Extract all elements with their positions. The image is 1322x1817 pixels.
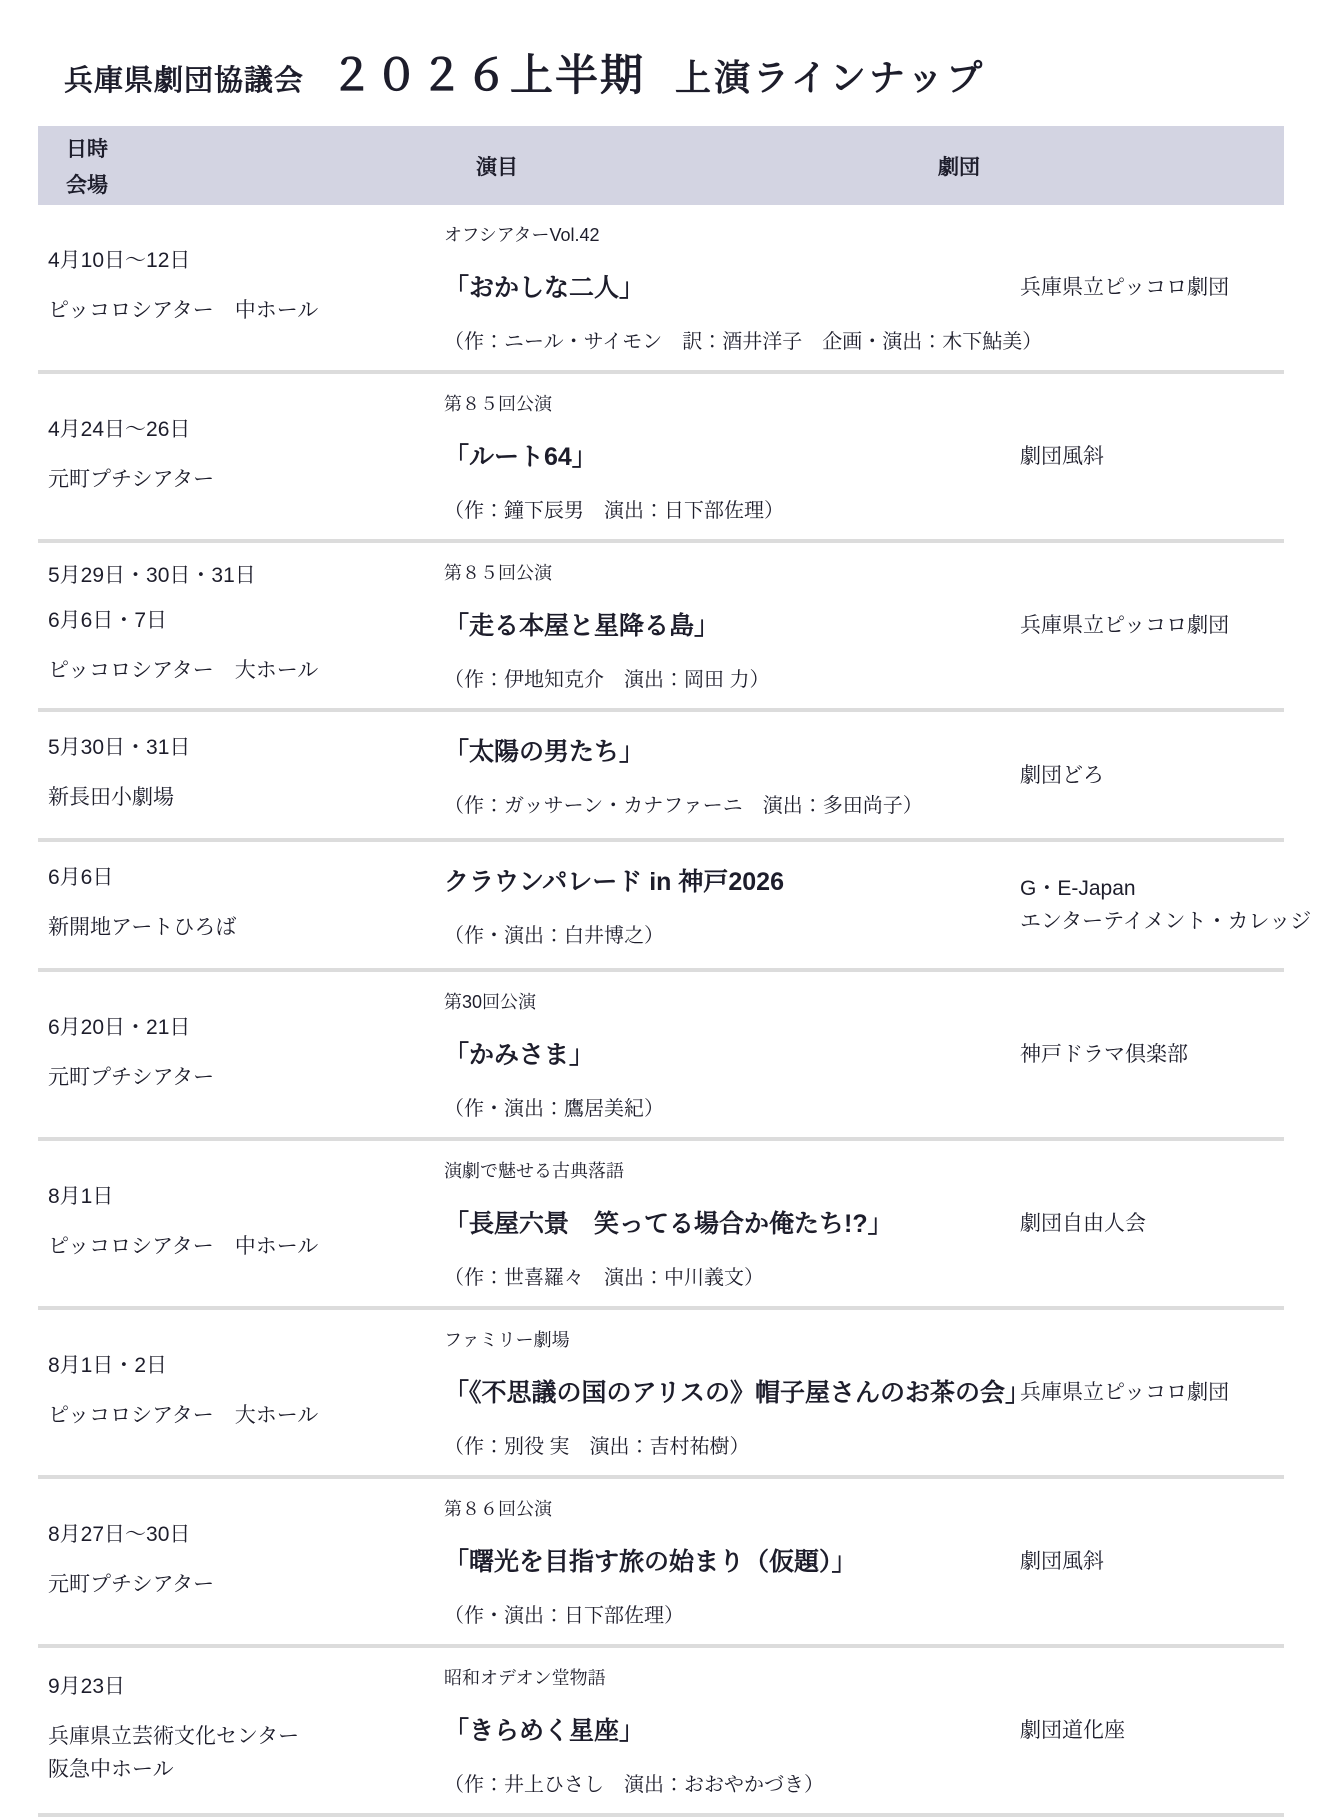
program-cell: オフシアターVol.42 「おかしな二人」 （作：ニール・サイモン 訳：酒井洋子… bbox=[444, 205, 1020, 370]
program-cell: 第８５回公演 「ルート64」 （作：鐘下辰男 演出：日下部佐理） bbox=[444, 374, 1020, 539]
troupe-cell: 劇団自由人会 bbox=[1020, 1207, 1284, 1240]
performance-date: 9月23日 bbox=[48, 1675, 444, 1699]
organization-name: 兵庫県劇団協議会 bbox=[64, 58, 304, 99]
table-row: 8月27日～30日元町プチシアター 第８６回公演 「曙光を目指す旅の始まり（仮題… bbox=[38, 1479, 1284, 1644]
date-venue-cell: 6月6日新開地アートひろば bbox=[38, 866, 444, 944]
program-title: 「太陽の男たち」 bbox=[444, 732, 1020, 768]
program-title: 「おかしな二人」 bbox=[444, 268, 1020, 304]
program-title: 「《不思議の国のアリスの》帽子屋さんのお茶の会」 bbox=[444, 1373, 1020, 1409]
program-title: 「走る本屋と星降る島」 bbox=[444, 606, 1020, 642]
program-title: 「長屋六景 笑ってる場合か俺たち!?」 bbox=[444, 1204, 1020, 1240]
program-title: 「曙光を目指す旅の始まり（仮題）」 bbox=[444, 1542, 1020, 1578]
troupe-name: エンターテイメント・カレッジ bbox=[1020, 905, 1311, 938]
schedule-page: 兵庫県劇団協議会 ２０２６上半期 上演ラインナップ 日時 会場 演目 劇団 4月… bbox=[0, 0, 1322, 1817]
row-divider bbox=[38, 1813, 1284, 1817]
program-title: 「かみさま」 bbox=[444, 1035, 1020, 1071]
troupe-cell: 兵庫県立ピッコロ劇団 bbox=[1020, 609, 1284, 642]
table-header-row: 日時 会場 演目 劇団 bbox=[38, 126, 1284, 205]
program-cell: 第８５回公演 「走る本屋と星降る島」 （作：伊地知克介 演出：岡田 力） bbox=[444, 543, 1020, 708]
performance-date: 8月1日 bbox=[48, 1185, 444, 1209]
performance-venue: ピッコロシアター 中ホール bbox=[48, 1230, 444, 1263]
performance-date: 8月27日～30日 bbox=[48, 1523, 444, 1547]
page-title: 兵庫県劇団協議会 ２０２６上半期 上演ラインナップ bbox=[64, 42, 1322, 103]
date-venue-cell: 5月29日・30日・31日6月6日・7日ピッコロシアター 大ホール bbox=[38, 564, 444, 687]
table-row: 4月24日～26日元町プチシアター 第８５回公演 「ルート64」 （作：鐘下辰男… bbox=[38, 374, 1284, 539]
troupe-cell: 神戸ドラマ倶楽部 bbox=[1020, 1038, 1284, 1071]
program-subtitle: ファミリー劇場 bbox=[444, 1326, 1020, 1352]
venue-line: 阪急中ホール bbox=[48, 1753, 444, 1786]
troupe-name: 劇団どろ bbox=[1020, 759, 1284, 792]
program-credits: （作：伊地知克介 演出：岡田 力） bbox=[444, 663, 1020, 692]
program-credits: （作・演出：鷹居美紀） bbox=[444, 1092, 1020, 1121]
program-credits: （作：鐘下辰男 演出：日下部佐理） bbox=[444, 494, 1020, 523]
performance-venue: ピッコロシアター 大ホール bbox=[48, 1399, 444, 1432]
troupe-name: 劇団風斜 bbox=[1020, 1545, 1284, 1578]
program-subtitle: 第８６回公演 bbox=[444, 1495, 1020, 1521]
performance-venue: 新開地アートひろば bbox=[48, 911, 444, 944]
performance-date: 5月29日・30日・31日 bbox=[48, 564, 444, 588]
table-row: 5月29日・30日・31日6月6日・7日ピッコロシアター 大ホール 第８５回公演… bbox=[38, 543, 1284, 708]
performance-date: 4月10日～12日 bbox=[48, 249, 444, 273]
venue-line: ピッコロシアター 大ホール bbox=[48, 654, 444, 687]
troupe-name: 神戸ドラマ倶楽部 bbox=[1020, 1038, 1284, 1071]
program-cell: ファミリー劇場 「《不思議の国のアリスの》帽子屋さんのお茶の会」 （作：別役 実… bbox=[444, 1310, 1020, 1475]
troupe-name: 兵庫県立ピッコロ劇団 bbox=[1020, 609, 1284, 642]
troupe-name: 劇団風斜 bbox=[1020, 440, 1284, 473]
performance-venue: 元町プチシアター bbox=[48, 1061, 444, 1094]
program-title: 「きらめく星座」 bbox=[444, 1711, 1020, 1747]
table-row: 6月6日新開地アートひろば クラウンパレード in 神戸2026 （作・演出：白… bbox=[38, 842, 1284, 968]
table-row: 8月1日ピッコロシアター 中ホール 演劇で魅せる古典落語 「長屋六景 笑ってる場… bbox=[38, 1141, 1284, 1306]
date-venue-cell: 8月27日～30日元町プチシアター bbox=[38, 1523, 444, 1601]
program-credits: （作：世喜羅々 演出：中川義文） bbox=[444, 1261, 1020, 1290]
program-cell: 第８６回公演 「曙光を目指す旅の始まり（仮題）」 （作・演出：日下部佐理） bbox=[444, 1479, 1020, 1644]
venue-line: ピッコロシアター 中ホール bbox=[48, 1230, 444, 1263]
venue-line: 新開地アートひろば bbox=[48, 911, 444, 944]
venue-line: 元町プチシアター bbox=[48, 1568, 444, 1601]
troupe-name: G・E-Japan bbox=[1020, 872, 1311, 905]
troupe-cell: 劇団どろ bbox=[1020, 759, 1284, 792]
performance-venue: 元町プチシアター bbox=[48, 463, 444, 496]
date-venue-cell: 8月1日ピッコロシアター 中ホール bbox=[38, 1185, 444, 1263]
column-header-date-venue: 日時 会場 bbox=[66, 132, 108, 204]
troupe-cell: 兵庫県立ピッコロ劇団 bbox=[1020, 271, 1284, 304]
performance-venue: 元町プチシアター bbox=[48, 1568, 444, 1601]
date-venue-cell: 6月20日・21日元町プチシアター bbox=[38, 1016, 444, 1094]
program-cell: 第30回公演 「かみさま」 （作・演出：鷹居美紀） bbox=[444, 972, 1020, 1137]
program-credits: （作：井上ひさし 演出：おおやかづき） bbox=[444, 1768, 1020, 1797]
program-subtitle: 昭和オデオン堂物語 bbox=[444, 1664, 1020, 1690]
performance-date: 6月6日 bbox=[48, 866, 444, 890]
performance-venue: 兵庫県立芸術文化センター阪急中ホール bbox=[48, 1720, 444, 1786]
troupe-name: 兵庫県立ピッコロ劇団 bbox=[1020, 1376, 1284, 1409]
program-title: 「ルート64」 bbox=[444, 437, 1020, 473]
troupe-name: 劇団道化座 bbox=[1020, 1714, 1284, 1747]
troupe-name: 兵庫県立ピッコロ劇団 bbox=[1020, 271, 1284, 304]
program-credits: （作・演出：日下部佐理） bbox=[444, 1599, 1020, 1628]
table-body: 4月10日～12日ピッコロシアター 中ホール オフシアターVol.42 「おかし… bbox=[0, 205, 1322, 1817]
date-venue-cell: 9月23日兵庫県立芸術文化センター阪急中ホール bbox=[38, 1675, 444, 1786]
table-row: 4月10日～12日ピッコロシアター 中ホール オフシアターVol.42 「おかし… bbox=[38, 205, 1284, 370]
performance-venue: 新長田小劇場 bbox=[48, 781, 444, 814]
program-cell: 「太陽の男たち」 （作：ガッサーン・カナファーニ 演出：多田尚子） bbox=[444, 716, 1020, 834]
date-venue-cell: 4月10日～12日ピッコロシアター 中ホール bbox=[38, 249, 444, 327]
program-credits: （作：別役 実 演出：吉村祐樹） bbox=[444, 1430, 1020, 1459]
troupe-name: 劇団自由人会 bbox=[1020, 1207, 1284, 1240]
table-row: 6月20日・21日元町プチシアター 第30回公演 「かみさま」 （作・演出：鷹居… bbox=[38, 972, 1284, 1137]
troupe-cell: 劇団風斜 bbox=[1020, 440, 1284, 473]
column-header-venue: 会場 bbox=[66, 168, 108, 204]
column-header-program: 演目 bbox=[476, 151, 518, 181]
performance-date: 4月24日～26日 bbox=[48, 418, 444, 442]
table-row: 9月23日兵庫県立芸術文化センター阪急中ホール 昭和オデオン堂物語 「きらめく星… bbox=[38, 1648, 1284, 1813]
table-row: 5月30日・31日新長田小劇場 「太陽の男たち」 （作：ガッサーン・カナファーニ… bbox=[38, 712, 1284, 838]
title-text: 上演ラインナップ bbox=[675, 50, 985, 101]
performance-date: 6月20日・21日 bbox=[48, 1016, 444, 1040]
performance-date: 6月6日・7日 bbox=[48, 609, 444, 633]
venue-line: ピッコロシアター 中ホール bbox=[48, 294, 444, 327]
program-subtitle: 演劇で魅せる古典落語 bbox=[444, 1157, 1020, 1183]
venue-line: 元町プチシアター bbox=[48, 463, 444, 496]
performance-date: 8月1日・2日 bbox=[48, 1354, 444, 1378]
table-row: 8月1日・2日ピッコロシアター 大ホール ファミリー劇場 「《不思議の国のアリス… bbox=[38, 1310, 1284, 1475]
program-subtitle: 第30回公演 bbox=[444, 988, 1020, 1014]
troupe-cell: 劇団風斜 bbox=[1020, 1545, 1284, 1578]
venue-line: 新長田小劇場 bbox=[48, 781, 444, 814]
performance-date: 5月30日・31日 bbox=[48, 736, 444, 760]
date-venue-cell: 5月30日・31日新長田小劇場 bbox=[38, 736, 444, 814]
date-venue-cell: 4月24日～26日元町プチシアター bbox=[38, 418, 444, 496]
venue-line: ピッコロシアター 大ホール bbox=[48, 1399, 444, 1432]
schedule-table: 日時 会場 演目 劇団 4月10日～12日ピッコロシアター 中ホール オフシアタ… bbox=[0, 126, 1322, 1817]
program-subtitle: 第８５回公演 bbox=[444, 559, 1020, 585]
program-cell: 昭和オデオン堂物語 「きらめく星座」 （作：井上ひさし 演出：おおやかづき） bbox=[444, 1648, 1020, 1813]
troupe-cell: 兵庫県立ピッコロ劇団 bbox=[1020, 1376, 1284, 1409]
column-header-date: 日時 bbox=[66, 132, 108, 168]
performance-venue: ピッコロシアター 中ホール bbox=[48, 294, 444, 327]
program-title: クラウンパレード in 神戸2026 bbox=[444, 862, 1020, 898]
troupe-cell: G・E-Japanエンターテイメント・カレッジ bbox=[1020, 872, 1311, 938]
performance-venue: ピッコロシアター 大ホール bbox=[48, 654, 444, 687]
program-credits: （作：ニール・サイモン 訳：酒井洋子 企画・演出：木下鮎美） bbox=[444, 325, 1020, 354]
program-cell: クラウンパレード in 神戸2026 （作・演出：白井博之） bbox=[444, 846, 1020, 964]
program-credits: （作・演出：白井博之） bbox=[444, 919, 1020, 948]
title-period: ２０２６上半期 bbox=[330, 42, 645, 103]
program-cell: 演劇で魅せる古典落語 「長屋六景 笑ってる場合か俺たち!?」 （作：世喜羅々 演… bbox=[444, 1141, 1020, 1306]
program-subtitle: 第８５回公演 bbox=[444, 390, 1020, 416]
column-header-troupe: 劇団 bbox=[938, 151, 980, 181]
venue-line: 兵庫県立芸術文化センター bbox=[48, 1720, 444, 1753]
date-venue-cell: 8月1日・2日ピッコロシアター 大ホール bbox=[38, 1354, 444, 1432]
troupe-cell: 劇団道化座 bbox=[1020, 1714, 1284, 1747]
program-subtitle: オフシアターVol.42 bbox=[444, 221, 1020, 247]
venue-line: 元町プチシアター bbox=[48, 1061, 444, 1094]
program-credits: （作：ガッサーン・カナファーニ 演出：多田尚子） bbox=[444, 789, 1020, 818]
